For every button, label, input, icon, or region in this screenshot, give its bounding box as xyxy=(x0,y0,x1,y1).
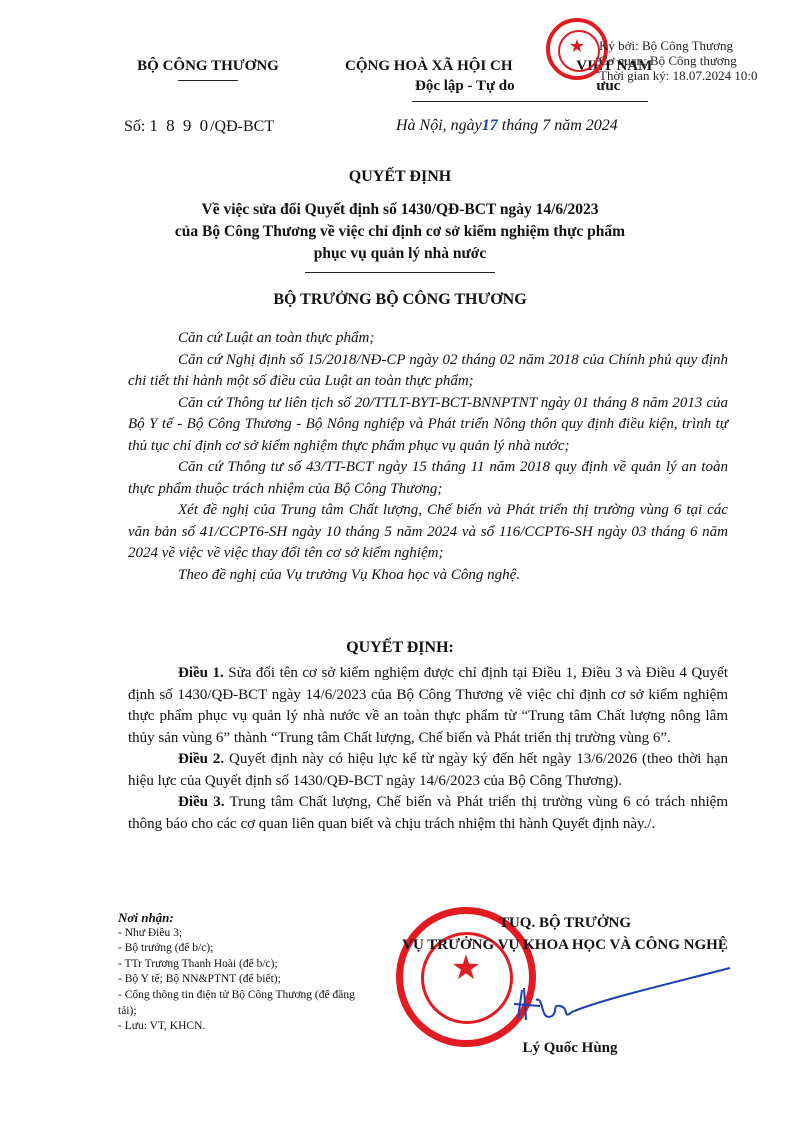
doc-number-suffix: /QĐ-BCT xyxy=(210,118,274,135)
preamble: Căn cứ Luật an toàn thực phẩm; Căn cứ Ng… xyxy=(128,328,728,586)
recipient-item: - Bộ trưởng (để b/c); xyxy=(118,941,368,957)
signing-agency: Cơ quan: Bộ Công thương xyxy=(599,53,758,68)
recipients-heading: Nơi nhận: xyxy=(118,910,368,926)
preamble-item: Căn cứ Thông tư số 43/TT-BCT ngày 15 thá… xyxy=(128,457,728,500)
signer-block: TUQ. BỘ TRƯỞNG VỤ TRƯỞNG VỤ KHOA HỌC VÀ … xyxy=(350,912,780,956)
recipient-item: - Bộ Y tế; Bộ NN&PTNT (để biết); xyxy=(118,972,368,988)
articles: Điều 1. Sửa đổi tên cơ sở kiểm nghiệm đư… xyxy=(128,663,728,835)
date-day-handwritten: 17 xyxy=(482,117,498,134)
article-1: Điều 1. Sửa đổi tên cơ sở kiểm nghiệm đư… xyxy=(128,663,728,749)
subject-line: của Bộ Công Thương về việc chỉ định cơ s… xyxy=(100,221,700,243)
signer-name: Lý Quốc Hùng xyxy=(470,1040,670,1057)
recipient-item: - Lưu: VT, KHCN. xyxy=(118,1019,368,1035)
doc-number-value: 1 8 9 0 xyxy=(149,116,210,135)
national-title-text: CỘNG HOÀ XÃ HỘI CH xyxy=(345,58,513,74)
date-suffix: tháng 7 năm 2024 xyxy=(498,117,618,134)
article-label: Điều 1. xyxy=(178,665,224,681)
org-underline xyxy=(178,80,238,81)
article-3: Điều 3. Trung tâm Chất lượng, Chế biến v… xyxy=(128,792,728,835)
article-label: Điều 2. xyxy=(178,751,224,767)
issuing-organization: BỘ CÔNG THƯƠNG xyxy=(118,58,298,75)
issue-date: Hà Nội, ngày17 tháng 7 năm 2024 xyxy=(396,117,618,135)
preamble-item: Theo đề nghị của Vụ trưởng Vụ Khoa học v… xyxy=(128,565,728,587)
handwritten-signature xyxy=(500,960,740,1030)
document-number: Số: 1 8 9 0/QĐ-BCT xyxy=(124,116,274,136)
signer-role: VỤ TRƯỞNG VỤ KHOA HỌC VÀ CÔNG NGHỆ xyxy=(350,934,780,956)
subject-line: Về việc sửa đổi Quyết định số 1430/QĐ-BC… xyxy=(100,199,700,221)
document-title: QUYẾT ĐỊNH xyxy=(0,168,800,186)
preamble-item: Xét đề nghị của Trung tâm Chất lượng, Ch… xyxy=(128,500,728,565)
article-label: Điều 3. xyxy=(178,794,225,810)
signed-by: Ký bởi: Bộ Công Thương xyxy=(599,38,758,53)
decision-heading: QUYẾT ĐỊNH: xyxy=(0,639,800,657)
recipient-item: - Cổng thông tin điện tử Bộ Công Thương … xyxy=(118,988,368,1019)
recipient-item: - Như Điều 3; xyxy=(118,926,368,942)
motto-text: Độc lập - Tự do xyxy=(415,78,515,94)
preamble-item: Căn cứ Nghị định số 15/2018/NĐ-CP ngày 0… xyxy=(128,350,728,393)
preamble-item: Căn cứ Luật an toàn thực phẩm; xyxy=(128,328,728,350)
recipient-item: - TTr Trương Thanh Hoài (để b/c); xyxy=(118,957,368,973)
signing-time: Thời gian ký: 18.07.2024 10:0 xyxy=(599,68,758,83)
subject-line: phục vụ quản lý nhà nước xyxy=(100,243,700,265)
preamble-item: Căn cứ Thông tư liên tịch số 20/TTLT-BYT… xyxy=(128,393,728,458)
date-prefix: Hà Nội, ngày xyxy=(396,117,482,134)
issuing-authority: BỘ TRƯỞNG BỘ CÔNG THƯƠNG xyxy=(0,291,800,309)
motto-underline xyxy=(412,101,648,102)
doc-number-label: Số: xyxy=(124,118,145,135)
article-2: Điều 2. Quyết định này có hiệu lực kể từ… xyxy=(128,749,728,792)
digital-signature-info: Ký bởi: Bộ Công Thương Cơ quan: Bộ Công … xyxy=(599,38,758,83)
seal-star-icon: ★ xyxy=(550,36,604,57)
subject-divider xyxy=(305,272,495,273)
signer-on-behalf: TUQ. BỘ TRƯỞNG xyxy=(350,912,780,934)
document-subject: Về việc sửa đổi Quyết định số 1430/QĐ-BC… xyxy=(100,199,700,265)
recipients-list: Nơi nhận: - Như Điều 3; - Bộ trưởng (để … xyxy=(118,910,368,1035)
